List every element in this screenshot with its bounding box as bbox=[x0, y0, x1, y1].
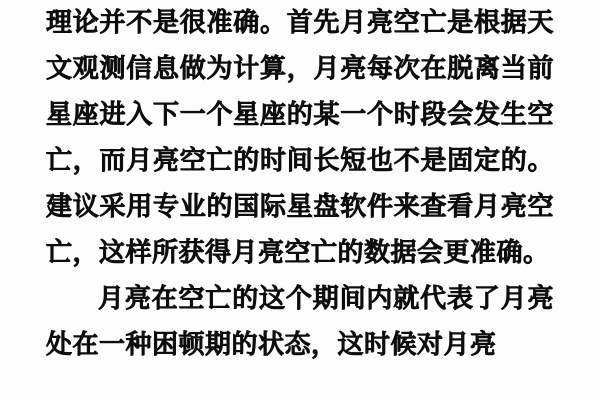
paragraph-continuation: 理论并不是很准确。首先月亮空亡是根据天文观测信息做为计算，月亮每次在脱离当前星座… bbox=[46, 0, 554, 276]
document-page: 理论并不是很准确。首先月亮空亡是根据天文观测信息做为计算，月亮每次在脱离当前星座… bbox=[0, 0, 600, 400]
paragraph-new: 月亮在空亡的这个期间内就代表了月亮处在一种困顿期的状态，这时候对月亮 bbox=[46, 276, 554, 368]
